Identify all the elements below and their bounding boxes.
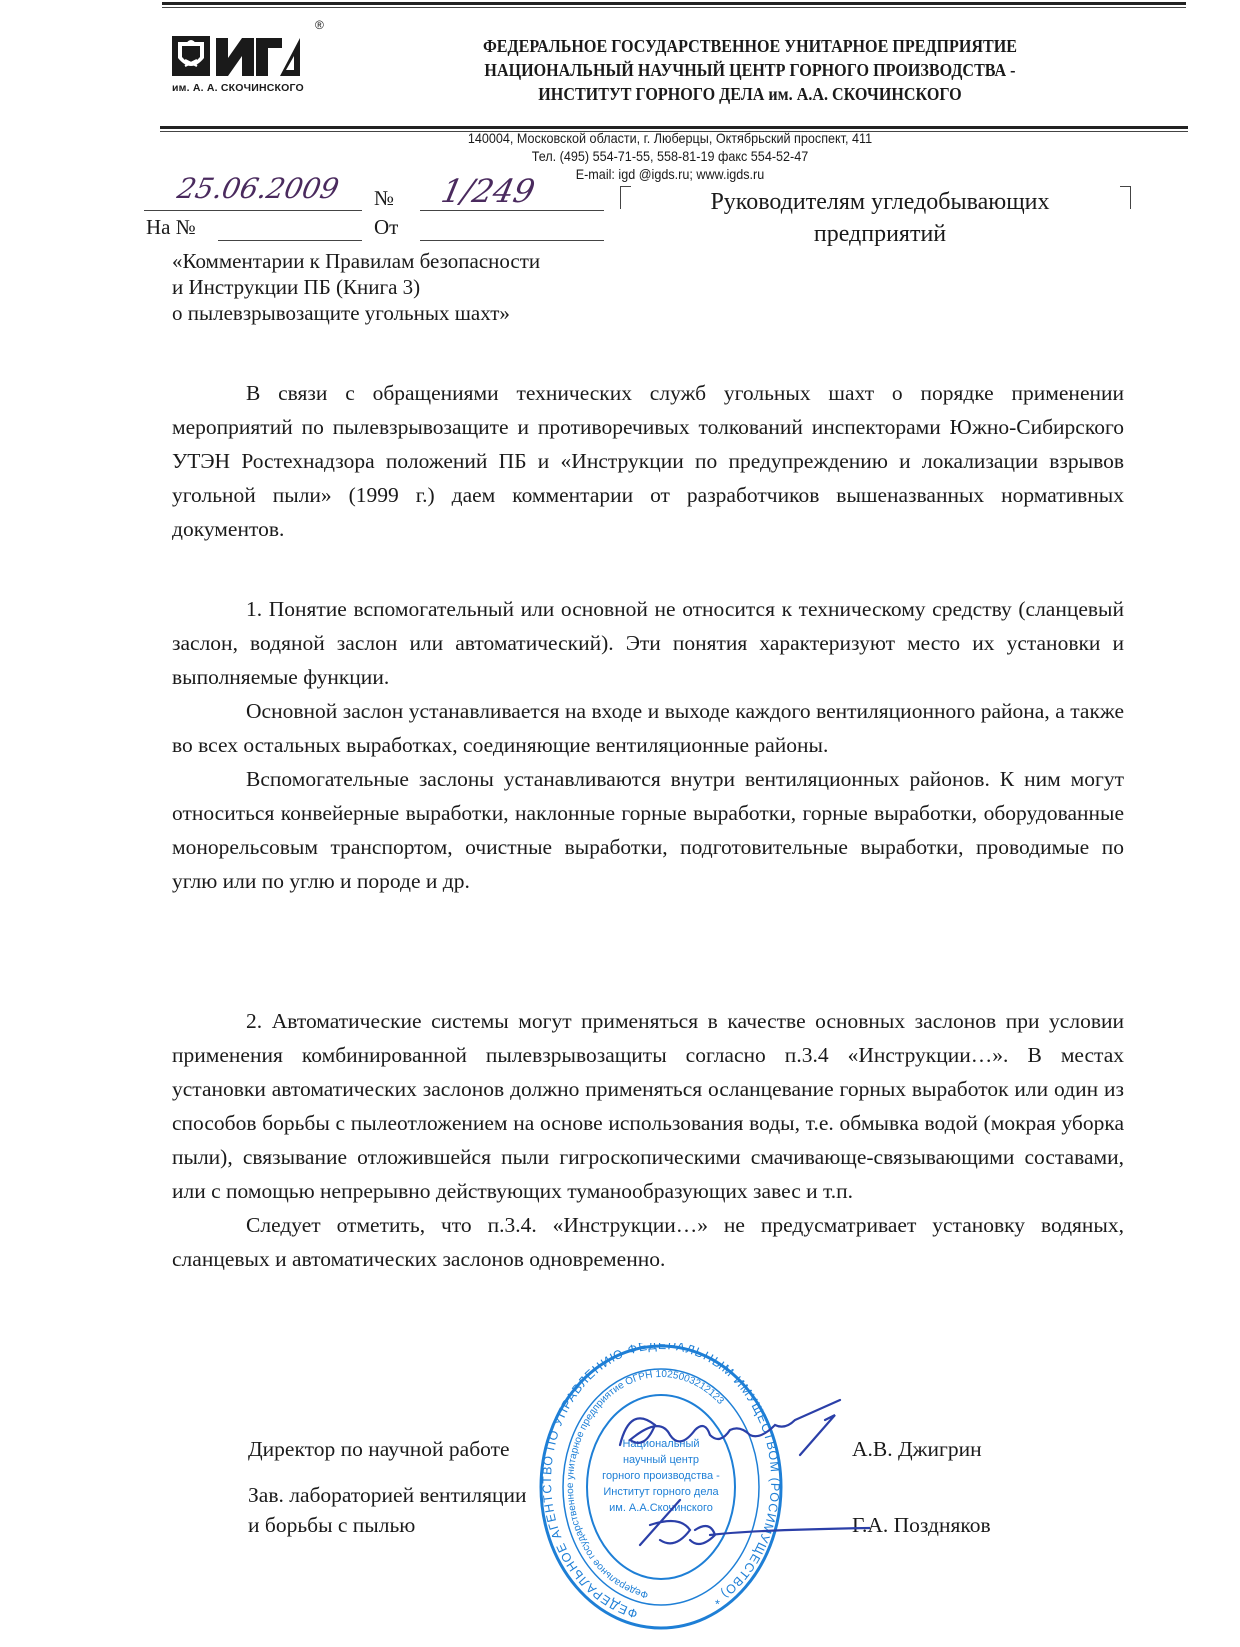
body-item-1: 1. Понятие вспомогательный или основной … (172, 592, 1124, 898)
reply-to-line (218, 240, 362, 241)
number-label: № (374, 186, 394, 211)
body-item-2: 2. Автоматические системы могут применят… (172, 1004, 1124, 1276)
paragraph-main-barrier: Основной заслон устанавливается на входе… (172, 694, 1124, 762)
paragraph-aux-barriers: Вспомогательные заслоны устанавливаются … (172, 762, 1124, 898)
paragraph-note: Следует отметить, что п.3.4. «Инструкции… (172, 1208, 1124, 1276)
paragraph-item-2: 2. Автоматические системы могут применят… (172, 1004, 1124, 1208)
phone-fax: Тел. (495) 554-71-55, 558-81-19 факс 554… (364, 147, 976, 165)
date-line (144, 210, 362, 211)
reply-to-label: На № (146, 215, 196, 240)
subject-line-2: и Инструкции ПБ (Книга 3) (172, 274, 540, 300)
signature-2-icon (620, 1490, 870, 1560)
number-line (420, 210, 604, 211)
recipient: Руководителям угледобывающих предприятий (660, 186, 1100, 250)
signatory-2-position-line-1: Зав. лабораторией вентиляции (248, 1480, 527, 1510)
signature-1-icon (600, 1395, 850, 1475)
paragraph-item-1: 1. Понятие вспомогательный или основной … (172, 592, 1124, 694)
handwritten-date: 25.06.2009 (174, 172, 341, 205)
handwritten-number: 1/249 (438, 172, 538, 210)
signatory-2-position-line-2: и борьбы с пылью (248, 1510, 527, 1540)
signatory-2-name: Г.А. Поздняков (852, 1510, 991, 1540)
signatory-1-name: А.В. Джигрин (852, 1434, 982, 1464)
recipient-bracket-right (1120, 186, 1131, 209)
recipient-line-1: Руководителям угледобывающих (660, 186, 1100, 218)
subject-line-3: о пылевзрывозащите угольных шахт» (172, 300, 540, 326)
recipient-line-2: предприятий (660, 218, 1100, 250)
from-line (420, 240, 604, 241)
org-line-2: НАЦИОНАЛЬНЫЙ НАУЧНЫЙ ЦЕНТР ГОРНОГО ПРОИЗ… (410, 58, 1091, 82)
registered-mark: ® (315, 18, 324, 32)
official-stamp-icon: ФЕДЕРАЛЬНОЕ АГЕНТСТВО ПО УПРАВЛЕНИЮ ФЕДЕ… (538, 1343, 784, 1631)
organization-name: ФЕДЕРАЛЬНОЕ ГОСУДАРСТВЕННОЕ УНИТАРНОЕ ПР… (410, 34, 1091, 106)
signatory-1-position: Директор по научной работе (248, 1434, 510, 1464)
igd-logo-icon (172, 34, 302, 80)
logo-subtitle: им. А. А. СКОЧИНСКОГО (172, 82, 304, 94)
letter-subject: «Комментарии к Правилам безопасности и И… (172, 248, 540, 326)
paragraph-intro: В связи с обращениями технических служб … (172, 376, 1124, 546)
from-label: От (374, 215, 398, 240)
top-double-rule (162, 2, 1186, 8)
subject-line-1: «Комментарии к Правилам безопасности (172, 248, 540, 274)
org-line-3: ИНСТИТУТ ГОРНОГО ДЕЛА им. А.А. СКОЧИНСКО… (410, 82, 1091, 106)
body-intro: В связи с обращениями технических служб … (172, 376, 1124, 546)
org-line-1: ФЕДЕРАЛЬНОЕ ГОСУДАРСТВЕННОЕ УНИТАРНОЕ ПР… (410, 34, 1091, 58)
recipient-bracket-left (620, 186, 631, 209)
signatory-2-position: Зав. лабораторией вентиляции и борьбы с … (248, 1480, 527, 1540)
address: 140004, Московской области, г. Люберцы, … (364, 129, 976, 147)
